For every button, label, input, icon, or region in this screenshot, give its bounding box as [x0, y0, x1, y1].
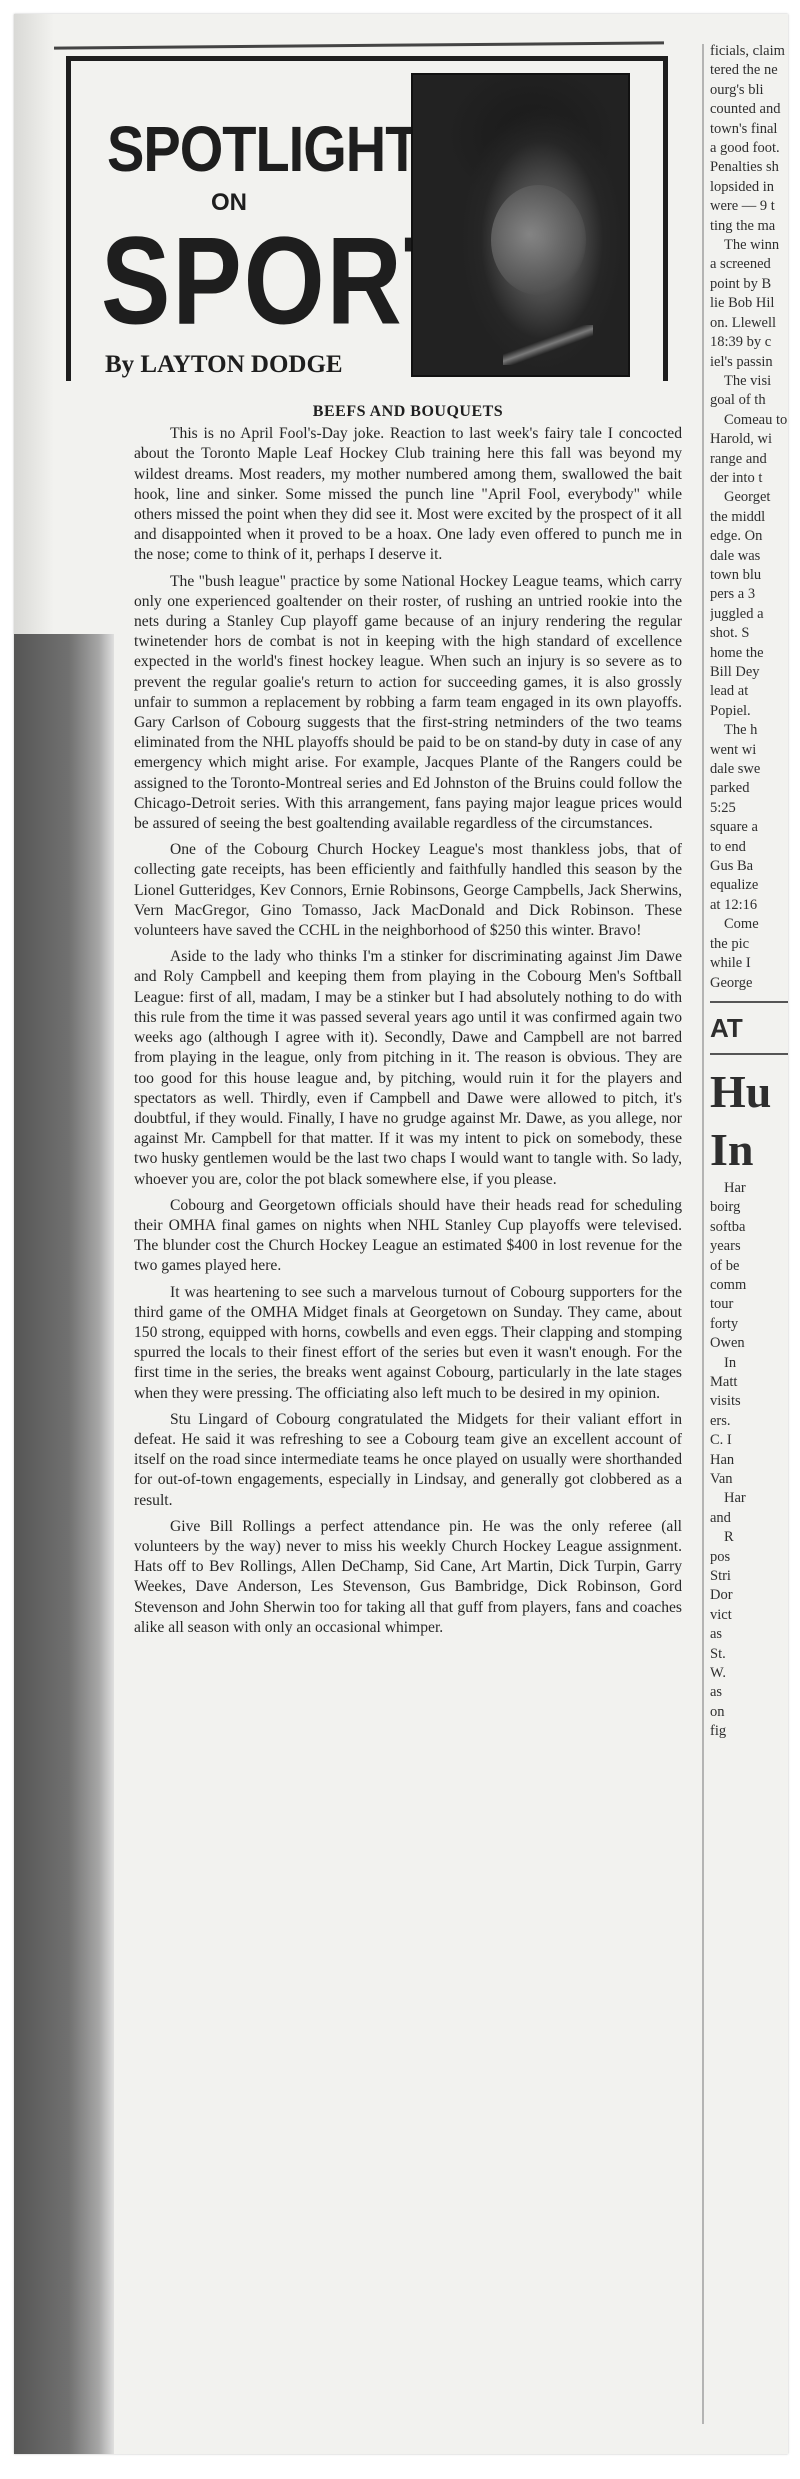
adjacent-column-line: lopsided in [710, 178, 788, 197]
adjacent-headline-small: AT [710, 1011, 788, 1045]
adjacent-column-line: George [710, 974, 788, 993]
adjacent-column-line: Matt [710, 1373, 788, 1392]
adjacent-column-line: a good foot. [710, 139, 788, 158]
page-gutter-shadow [14, 634, 114, 2454]
article-paragraph: Give Bill Rollings a perfect attendance … [134, 1517, 682, 1638]
adjacent-column-line: visits [710, 1392, 788, 1411]
adjacent-column-line: softba [710, 1218, 788, 1237]
adjacent-column-line: square a [710, 818, 788, 837]
adjacent-column-line: ers. [710, 1412, 788, 1431]
adjacent-column-line: of be [710, 1257, 788, 1276]
adjacent-column-line: equalize [710, 876, 788, 895]
article-paragraph: Aside to the lady who thinks I'm a stink… [134, 947, 682, 1189]
adjacent-column-line: Har [710, 1179, 788, 1198]
adjacent-column-line: were — 9 t [710, 197, 788, 216]
adjacent-column-line: and [710, 1509, 788, 1528]
article-paragraph: Cobourg and Georgetown officials should … [134, 1196, 682, 1277]
adjacent-column-line: ourg's bli [710, 81, 788, 100]
adjacent-column-line: on. Llewell [710, 314, 788, 333]
article-paragraphs: This is no April Fool's-Day joke. Reacti… [134, 424, 682, 1638]
adjacent-column-line: ting the ma [710, 217, 788, 236]
adjacent-column-line: St. [710, 1645, 788, 1664]
adjacent-column-line: counted and [710, 100, 788, 119]
adjacent-column-line: fig [710, 1722, 788, 1741]
adjacent-column-line: Penalties sh [710, 158, 788, 177]
adjacent-column-line: Bill Dey [710, 663, 788, 682]
adjacent-column-line: a screened [710, 255, 788, 274]
adjacent-column-line: R [710, 1528, 788, 1547]
adjacent-column-line: lie Bob Hil [710, 294, 788, 313]
adjacent-column-line: Han [710, 1451, 788, 1470]
adjacent-column-line: Van [710, 1470, 788, 1489]
article-subhead: BEEFS AND BOUQUETS [134, 402, 682, 422]
adjacent-column-line: shot. S [710, 624, 788, 643]
adjacent-column-line: town's final [710, 120, 788, 139]
article-paragraph: The "bush league" practice by some Natio… [134, 572, 682, 835]
adjacent-column-line: home the [710, 644, 788, 663]
adjacent-column-line: der into t [710, 469, 788, 488]
column-divider [702, 44, 704, 2424]
adjacent-column-line: to end [710, 838, 788, 857]
adjacent-column-line: parked [710, 779, 788, 798]
adjacent-column-line: The visi [710, 372, 788, 391]
top-rule [54, 41, 664, 49]
adjacent-column-line: comm [710, 1276, 788, 1295]
adjacent-column-line: vict [710, 1606, 788, 1625]
adjacent-column-line: dale swe [710, 760, 788, 779]
adjacent-column-line: W. [710, 1664, 788, 1683]
adjacent-column-line: forty [710, 1315, 788, 1334]
adjacent-column-line: 18:39 by c [710, 333, 788, 352]
adjacent-column-line: went wi [710, 741, 788, 760]
adjacent-column-line: pers a 3 [710, 585, 788, 604]
headline-rule-top [710, 1001, 788, 1003]
adjacent-column-line: Popiel. [710, 702, 788, 721]
adjacent-headline-line1: Hu [710, 1063, 788, 1121]
adjacent-column-line: pos [710, 1548, 788, 1567]
adjacent-column-line: Harold, wi [710, 430, 788, 449]
adjacent-column-line: town blu [710, 566, 788, 585]
adjacent-column-line: juggled a [710, 605, 788, 624]
adjacent-column-line: goal of th [710, 391, 788, 410]
adjacent-column-line: lead at [710, 682, 788, 701]
adjacent-column-line: The winn [710, 236, 788, 255]
article-paragraph: It was heartening to see such a marvelou… [134, 1283, 682, 1404]
page-gutter [14, 14, 54, 634]
adjacent-headline-line2: In [710, 1121, 788, 1179]
adjacent-column-line: tered the ne [710, 61, 788, 80]
adjacent-column-line: ficials, claim [710, 42, 788, 61]
adjacent-column-line: Comeau to [710, 411, 788, 430]
adjacent-column-line: dale was [710, 547, 788, 566]
adjacent-column-line: point by B [710, 275, 788, 294]
adjacent-column-line: the pic [710, 935, 788, 954]
adjacent-column-text-1: ficials, claimtered the neourg's blicoun… [710, 42, 788, 993]
adjacent-column-line: range and [710, 450, 788, 469]
article-paragraph: One of the Cobourg Church Hockey League'… [134, 840, 682, 941]
adjacent-column-line: The h [710, 721, 788, 740]
photo-collar [503, 325, 593, 365]
adjacent-column-line: C. I [710, 1431, 788, 1450]
article-paragraph: Stu Lingard of Cobourg congratulated the… [134, 1410, 682, 1511]
adjacent-column-line: Gus Ba [710, 857, 788, 876]
columnist-photo [411, 73, 630, 377]
adjacent-column-line: years [710, 1237, 788, 1256]
adjacent-column-line: iel's passin [710, 353, 788, 372]
adjacent-column-line: edge. On [710, 527, 788, 546]
byline: By LAYTON DODGE [105, 351, 343, 379]
adjacent-column-line: 5:25 [710, 799, 788, 818]
adjacent-column-line: as [710, 1625, 788, 1644]
adjacent-column-line: In [710, 1354, 788, 1373]
masthead-title-spotlight: SPOTLIGHT [107, 111, 418, 186]
newspaper-clipping: SPOTLIGHT ON SPORTS By LAYTON DODGE BEEF… [14, 14, 788, 2454]
column-masthead: SPOTLIGHT ON SPORTS By LAYTON DODGE [66, 56, 668, 381]
adjacent-column-line: on [710, 1703, 788, 1722]
adjacent-column-line: tour [710, 1295, 788, 1314]
adjacent-column-line: Owen [710, 1334, 788, 1353]
adjacent-column-line: while I [710, 954, 788, 973]
adjacent-column: ficials, claimtered the neourg's blicoun… [710, 42, 788, 1742]
adjacent-column-line: Stri [710, 1567, 788, 1586]
adjacent-column-line: boirg [710, 1198, 788, 1217]
adjacent-column-line: as [710, 1683, 788, 1702]
adjacent-column-text-2: Harboirgsoftbayearsof becommtourfortyOwe… [710, 1179, 788, 1742]
adjacent-column-line: Come [710, 915, 788, 934]
photo-face [491, 185, 586, 295]
headline-rule-bottom [710, 1053, 788, 1055]
adjacent-column-line: Dor [710, 1586, 788, 1605]
article-paragraph: This is no April Fool's-Day joke. Reacti… [134, 424, 682, 565]
adjacent-column-line: Georget [710, 488, 788, 507]
adjacent-column-line: Har [710, 1489, 788, 1508]
adjacent-column-line: at 12:16 [710, 896, 788, 915]
article-body: BEEFS AND BOUQUETS This is no April Fool… [134, 402, 682, 1638]
adjacent-column-line: the middl [710, 508, 788, 527]
